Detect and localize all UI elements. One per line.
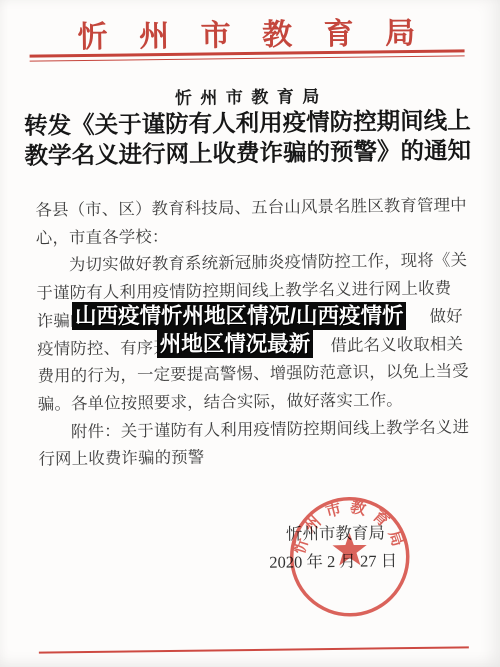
body-fragment-right: 做好 <box>429 302 463 330</box>
attachment-line: 附件：关于谨防有人利用疫情防控期间线上教学名义进 <box>38 413 464 446</box>
footer-divider-rule <box>39 646 469 653</box>
salutation-line: 各县（市、区）教育科技局、五台山风景名胜区教育管理中 <box>35 191 461 224</box>
notice-title-line2: 教学名义进行网上收费诈骗的预警》的通知 <box>0 131 498 171</box>
official-seal-stamp-icon: 忻州市教育局 <box>285 493 415 623</box>
caption-overlay-line1: 山西疫情忻州地区情况/山西疫情忻 <box>72 302 406 330</box>
seal-star-icon <box>332 533 367 566</box>
document-photo: 忻州市教育局 忻州市教育局 转发《关于谨防有人利用疫情防控期间线上 教学名义进行… <box>0 0 500 667</box>
caption-overlay-line2: 州地区情况最新 <box>157 330 314 358</box>
attachment-line: 行网上收费诈骗的预警 <box>38 441 464 474</box>
caption-overlay: 山西疫情忻州地区情况/山西疫情忻 州地区情况最新 <box>72 302 398 358</box>
